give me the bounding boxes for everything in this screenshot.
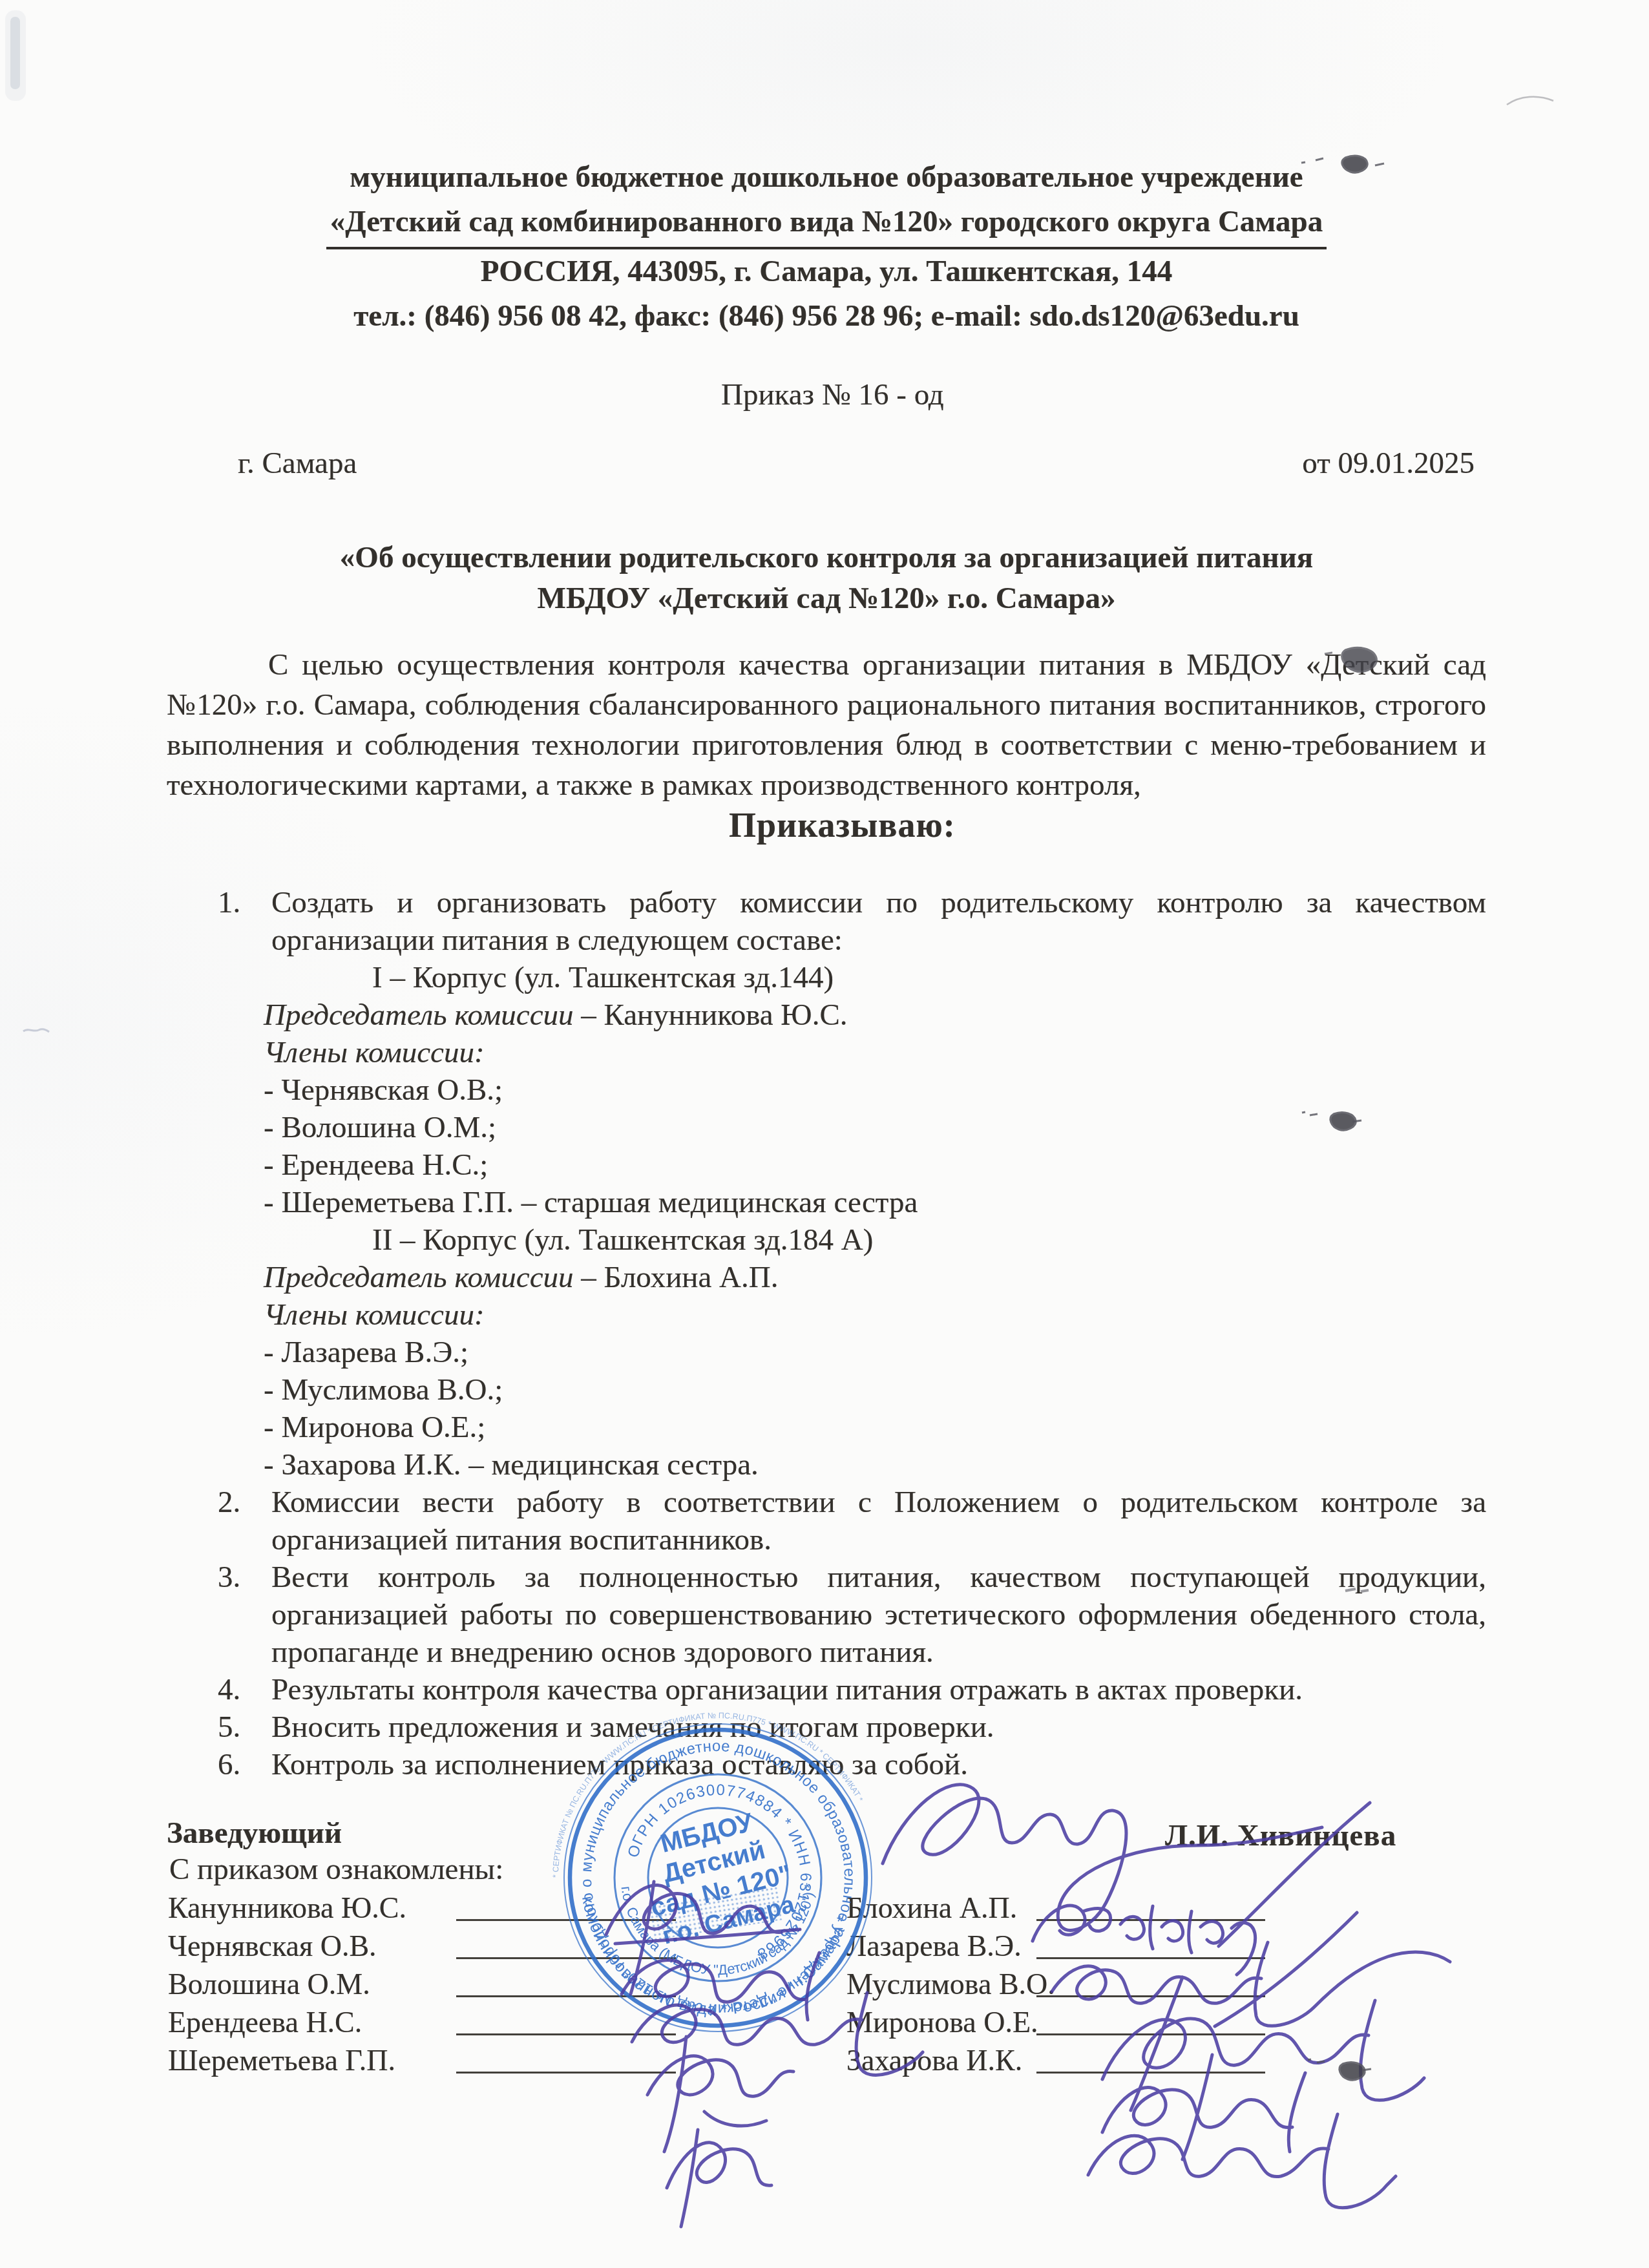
list-item-4-number: 4. <box>218 1671 240 1708</box>
ack-row: Канунникова Ю.С. Блохина А.П. <box>167 1891 1486 1929</box>
korpus-2-members-heading: Члены комиссии: <box>167 1296 1486 1334</box>
scan-curve-artifact <box>1507 97 1553 105</box>
member-row: - Захарова И.К. – медицинская сестра. <box>167 1446 1486 1484</box>
subject-line-2: МБДОУ «Детский сад №120» г.о. Самара» <box>165 578 1487 619</box>
member-row: - Волошина О.М.; <box>167 1109 1486 1146</box>
korpus-1-chair-name: – Канунникова Ю.С. <box>574 998 848 1032</box>
scan-streak-artifact <box>10 17 20 89</box>
ack-row: Ерендеева Н.С. Миронова О.Е. <box>167 2005 1486 2043</box>
list-item-1-number: 1. <box>218 884 240 921</box>
list-item-2-text: Комиссии вести работу в соответствии с П… <box>271 1486 1486 1557</box>
subject-line-1: «Об осуществлении родительского контроля… <box>165 538 1487 578</box>
list-item-4-text: Результаты контроля качества организации… <box>271 1673 1303 1706</box>
list-item-5-text: Вносить предложения и замечания по итога… <box>271 1710 994 1744</box>
order-items-list: 1. Создать и организовать работу комисси… <box>167 884 1486 1783</box>
member-row: - Лазарева В.Э.; <box>167 1334 1486 1371</box>
staff-name: Лазарева В.Э. <box>846 1929 1022 1963</box>
member-row: - Шереметьева Г.П. – старшая медицинская… <box>167 1184 1486 1221</box>
letterhead: муниципальное бюджетное дошкольное образ… <box>165 155 1487 339</box>
staff-name: Муслимова В.О. <box>846 1967 1055 2001</box>
ack-table: Канунникова Ю.С. Блохина А.П. Чернявская… <box>167 1891 1486 2081</box>
letterhead-address: РОССИЯ, 443095, г. Самара, ул. Ташкентск… <box>165 249 1487 294</box>
list-item-3-number: 3. <box>218 1559 240 1596</box>
date-label: от 09.01.2025 <box>1302 446 1475 481</box>
list-item-6: 6.Контроль за исполнением приказа оставл… <box>167 1746 1486 1783</box>
preamble-paragraph: С целью осуществления контроля качества … <box>167 645 1486 805</box>
korpus-2-heading: II – Корпус (ул. Ташкентская зд.184 А) <box>167 1221 1486 1259</box>
member-row: - Муслимова В.О.; <box>167 1371 1486 1409</box>
place-date-row: г. Самара от 09.01.2025 <box>238 446 1475 481</box>
korpus-1-heading: I – Корпус (ул. Ташкентская зд.144) <box>167 959 1486 996</box>
korpus-1-members-heading: Члены комиссии: <box>167 1034 1486 1071</box>
list-item-5-number: 5. <box>218 1708 240 1746</box>
ack-row: Волошина О.М. Муслимова В.О. <box>167 1967 1486 2005</box>
director-name: Л.И. Хивинцева <box>1165 1818 1396 1853</box>
list-item-2: 2.Комиссии вести работу в соответствии с… <box>167 1484 1486 1559</box>
letterhead-line-1: муниципальное бюджетное дошкольное образ… <box>165 155 1487 200</box>
director-signoff-row: Заведующий Л.И. Хивинцева <box>167 1816 1486 1851</box>
list-item-6-number: 6. <box>218 1746 240 1783</box>
ack-heading: С приказом ознакомлены: <box>169 1852 503 1887</box>
signature-line <box>456 1995 676 1997</box>
staff-name: Шереметьева Г.П. <box>168 2043 395 2077</box>
signature-line <box>456 2072 676 2074</box>
list-item-1: 1. Создать и организовать работу комисси… <box>167 884 1486 959</box>
staff-name: Чернявская О.В. <box>168 1929 377 1963</box>
staff-name: Захарова И.К. <box>846 2043 1022 2077</box>
staff-name: Ерендеева Н.С. <box>168 2005 362 2039</box>
list-item-1-text: Создать и организовать работу комиссии п… <box>271 886 1486 957</box>
decree-heading: Приказываю: <box>729 805 956 845</box>
korpus-1-chair-label: Председатель комиссии <box>264 998 574 1032</box>
member-row: - Ерендеева Н.С.; <box>167 1146 1486 1184</box>
list-item-2-number: 2. <box>218 1484 240 1521</box>
letterhead-contacts: тел.: (846) 956 08 42, факс: (846) 956 2… <box>165 294 1487 339</box>
list-item-3: 3.Вести контроль за полноценностью питан… <box>167 1559 1486 1671</box>
staff-name: Волошина О.М. <box>168 1967 370 2001</box>
list-item-4: 4.Результаты контроля качества организац… <box>167 1671 1486 1708</box>
signature-line <box>456 1919 676 1921</box>
korpus-1-chair-row: Председатель комиссии – Канунникова Ю.С. <box>167 996 1486 1034</box>
staff-name: Блохина А.П. <box>846 1891 1017 1925</box>
scan-streak-halo <box>5 10 26 101</box>
signature-line <box>1036 1995 1265 1997</box>
signature-ink-sheremetyeva <box>667 2130 772 2227</box>
letterhead-line-2: «Детский сад комбинированного вида №120»… <box>165 200 1487 249</box>
signature-line <box>1036 2033 1265 2035</box>
korpus-2-chair-row: Председатель комиссии – Блохина А.П. <box>167 1259 1486 1296</box>
korpus-2-chair-label: Председатель комиссии <box>264 1261 574 1294</box>
signature-ink-zakharova <box>1088 2114 1396 2208</box>
signature-line <box>1036 1957 1265 1959</box>
scan-tilde-artifact <box>23 1029 49 1032</box>
signature-line <box>456 1957 676 1959</box>
letterhead-org-name: «Детский сад комбинированного вида №120»… <box>326 200 1327 249</box>
member-row: - Миронова О.Е.; <box>167 1409 1486 1446</box>
signature-line <box>456 2033 676 2035</box>
member-row: - Чернявская О.В.; <box>167 1071 1486 1109</box>
scanned-order-page: муниципальное бюджетное дошкольное образ… <box>0 0 1649 2268</box>
director-position-label: Заведующий <box>167 1816 342 1850</box>
list-item-5: 5.Вносить предложения и замечания по ито… <box>167 1708 1486 1746</box>
ack-row: Чернявская О.В. Лазарева В.Э. <box>167 1929 1486 1967</box>
order-number: Приказ № 16 - од <box>721 377 944 412</box>
korpus-2-chair-name: – Блохина А.П. <box>574 1261 779 1294</box>
ack-row: Шереметьева Г.П. Захарова И.К. <box>167 2043 1486 2081</box>
list-item-6-text: Контроль за исполнением приказа оставляю… <box>271 1748 968 1781</box>
order-subject: «Об осуществлении родительского контроля… <box>165 538 1487 619</box>
place-label: г. Самара <box>238 446 357 481</box>
signature-line <box>1036 1919 1265 1921</box>
staff-name: Канунникова Ю.С. <box>168 1891 406 1925</box>
staff-name: Миронова О.Е. <box>846 2005 1038 2039</box>
signature-line <box>1036 2072 1265 2074</box>
list-item-3-text: Вести контроль за полноценностью питания… <box>271 1560 1486 1669</box>
